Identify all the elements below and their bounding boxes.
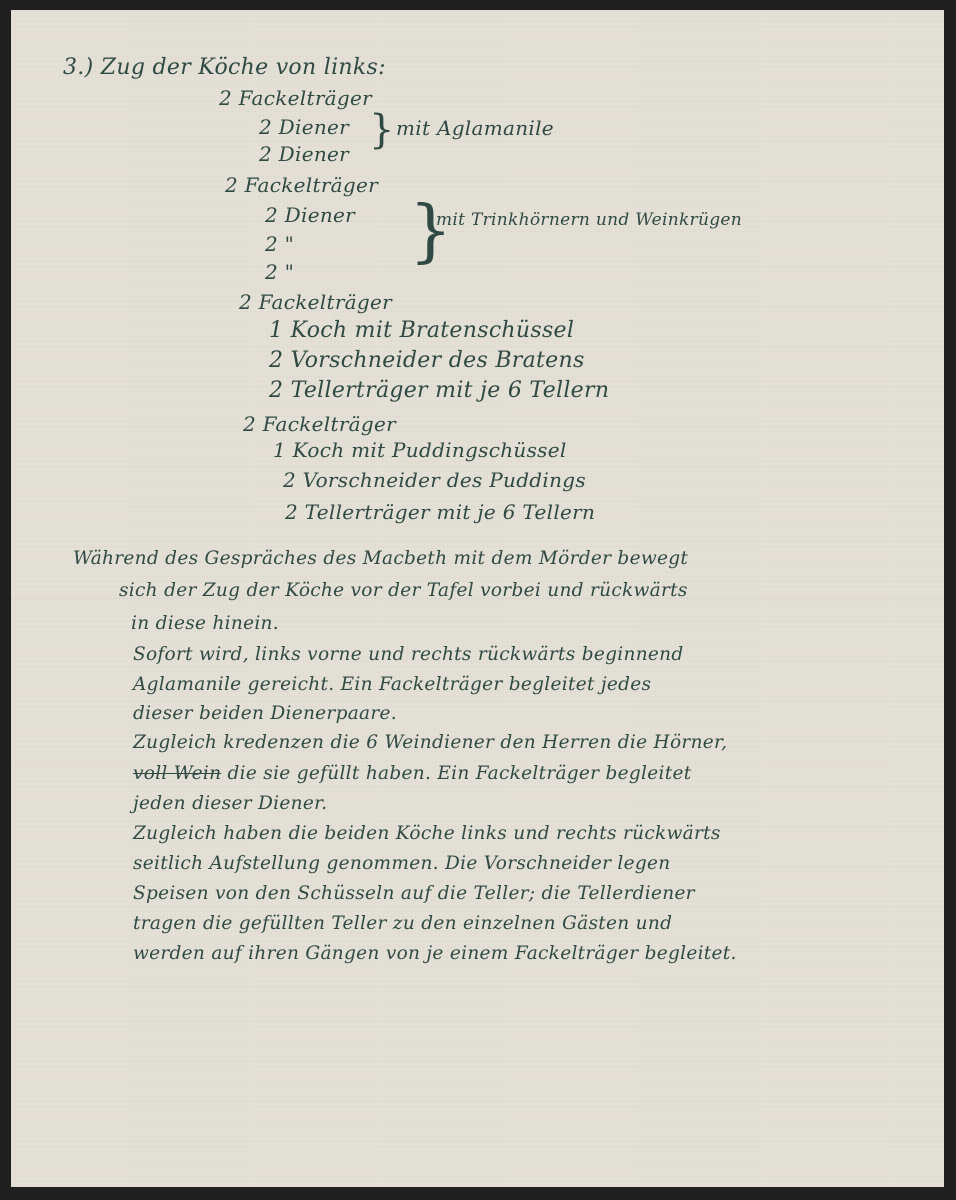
item-line: 2 Tellerträger mit je 6 Tellern <box>269 378 609 403</box>
brace-icon: } <box>409 198 452 266</box>
torchbearers-line: 2 Fackelträger <box>243 412 396 436</box>
paragraph-line: Zugleich kredenzen die 6 Weindiener den … <box>133 732 727 753</box>
paragraph-line: werden auf ihren Gängen von je einem Fac… <box>133 943 737 964</box>
paragraph-line: voll Wein die sie gefüllt haben. Ein Fac… <box>133 763 691 784</box>
struck-text: voll Wein <box>133 763 221 784</box>
item-line: 2 Diener <box>259 115 349 139</box>
paragraph-line: jeden dieser Diener. <box>133 793 327 814</box>
brace-icon: } <box>369 110 394 150</box>
section-heading: 3.) Zug der Köche von links: <box>63 55 386 80</box>
item-line: 1 Koch mit Bratenschüssel <box>269 318 574 343</box>
paragraph-line: dieser beiden Dienerpaare. <box>133 703 397 724</box>
brace-note: mit Aglamanile <box>396 116 554 140</box>
item-line: 2 " <box>265 232 294 256</box>
item-line: 2 Diener <box>265 203 355 227</box>
paragraph-line: Während des Gespräches des Macbeth mit d… <box>73 548 688 569</box>
item-line: 2 Tellerträger mit je 6 Tellern <box>285 500 595 524</box>
paragraph-line: Sofort wird, links vorne und rechts rück… <box>133 644 684 665</box>
torchbearers-line: 2 Fackelträger <box>219 86 372 110</box>
paragraph-line: tragen die gefüllten Teller zu den einze… <box>133 913 672 934</box>
brace-note: mit Trinkhörnern und Weinkrügen <box>436 210 742 230</box>
paragraph-line: Speisen von den Schüsseln auf die Teller… <box>133 883 695 904</box>
manuscript-page: 3.) Zug der Köche von links: 2 Fackelträ… <box>11 10 944 1187</box>
item-line: 2 Vorschneider des Bratens <box>269 348 585 373</box>
item-line: 2 Vorschneider des Puddings <box>283 468 586 492</box>
paragraph-line: in diese hinein. <box>131 613 279 634</box>
item-line: 1 Koch mit Puddingschüssel <box>273 438 567 462</box>
paragraph-line: Zugleich haben die beiden Köche links un… <box>133 823 721 844</box>
item-line: 2 " <box>265 260 294 284</box>
item-line: 2 Diener <box>259 142 349 166</box>
paragraph-line: seitlich Aufstellung genommen. Die Vorsc… <box>133 853 670 874</box>
paragraph-line: Aglamanile gereicht. Ein Fackelträger be… <box>133 674 651 695</box>
torchbearers-line: 2 Fackelträger <box>225 173 378 197</box>
paragraph-line: sich der Zug der Köche vor der Tafel vor… <box>119 580 688 601</box>
torchbearers-line: 2 Fackelträger <box>239 290 392 314</box>
